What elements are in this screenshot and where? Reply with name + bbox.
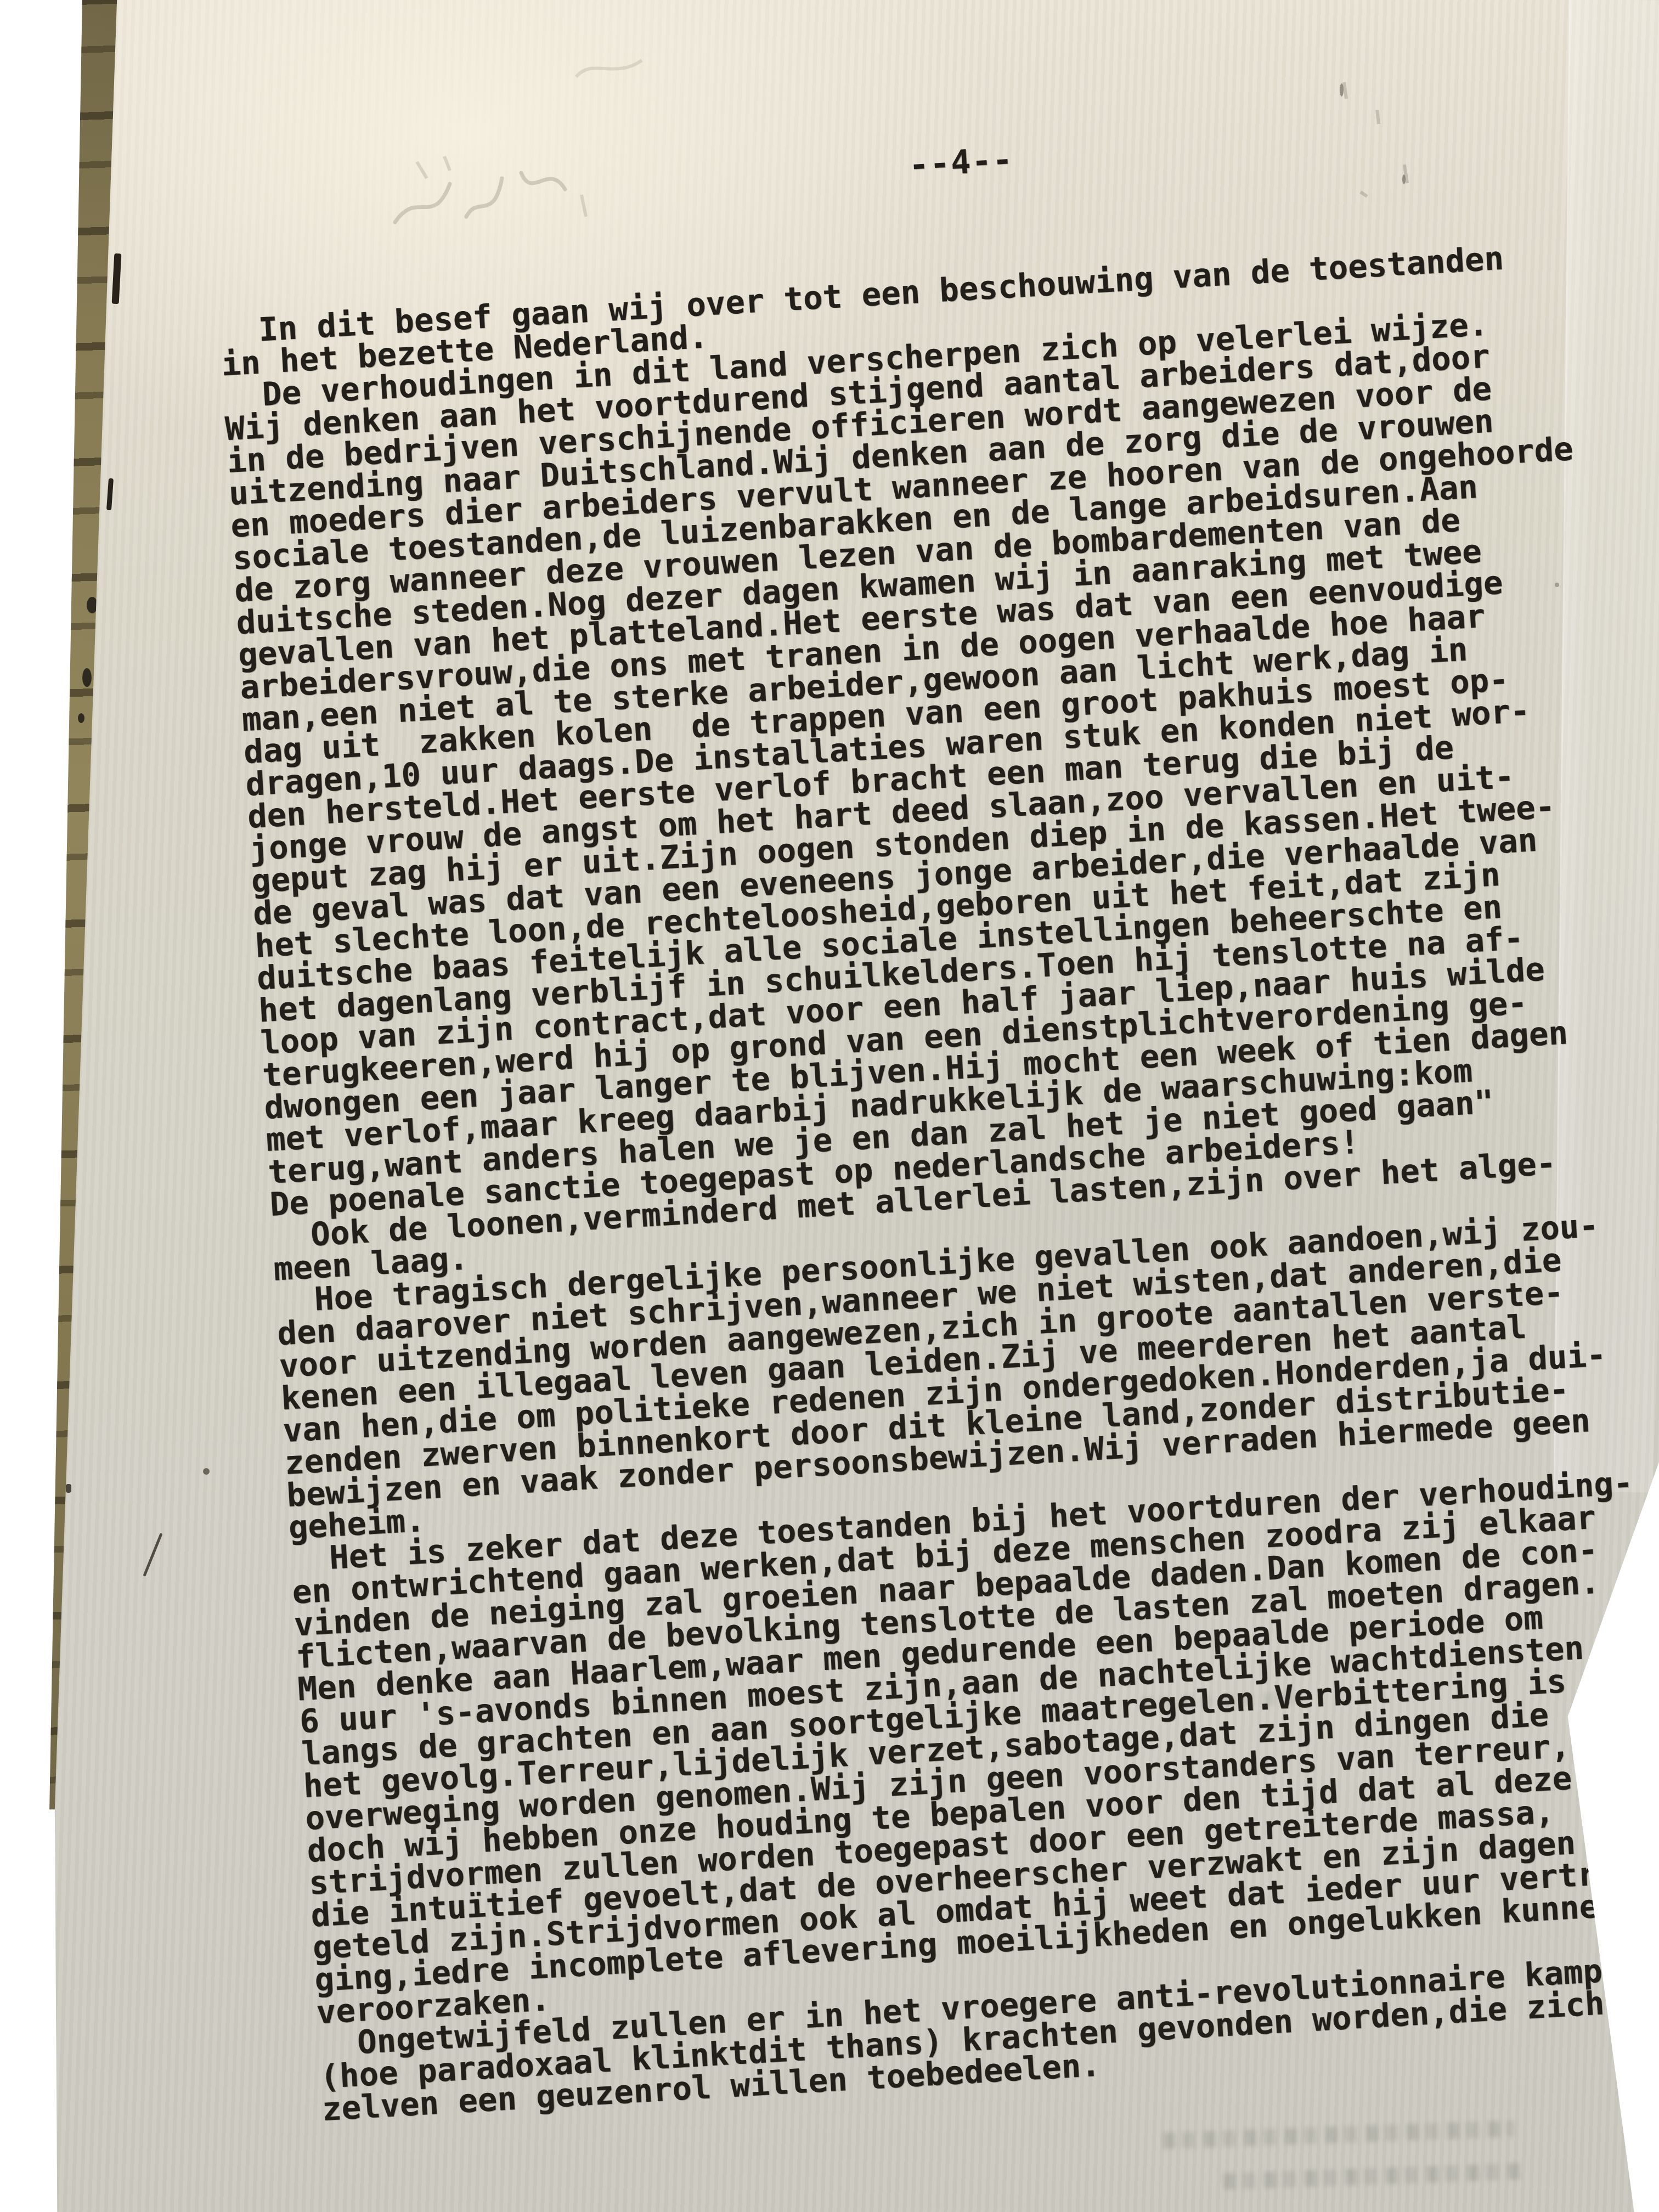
- bleed-through-text: [1163, 2120, 1515, 2149]
- paper-speck: [1340, 83, 1344, 97]
- photographed-document: --4-- In dit besef gaan wij over tot een…: [0, 0, 1659, 2212]
- edge-ink-mark: [106, 478, 114, 510]
- handwritten-slash-correction: [143, 1533, 162, 1577]
- typewritten-text-block: --4-- In dit besef gaan wij over tot een…: [211, 104, 1659, 2125]
- paper-speck: [1402, 174, 1406, 184]
- edge-ink-mark: [112, 253, 122, 304]
- paper-speck: [1555, 583, 1559, 587]
- typewritten-body-text: In dit besef gaan wij over tot een besch…: [219, 233, 1659, 2125]
- paper-speck: [203, 1468, 210, 1475]
- edge-ink-mark: [66, 1484, 71, 1493]
- page-number: --4--: [908, 140, 1014, 185]
- binding-hole: [78, 713, 84, 723]
- binding-hole: [82, 668, 92, 687]
- document-page: --4-- In dit besef gaan wij over tot een…: [0, 0, 1659, 2212]
- bleed-through-text: [1223, 2163, 1520, 2190]
- pencil-scribble: [571, 52, 647, 85]
